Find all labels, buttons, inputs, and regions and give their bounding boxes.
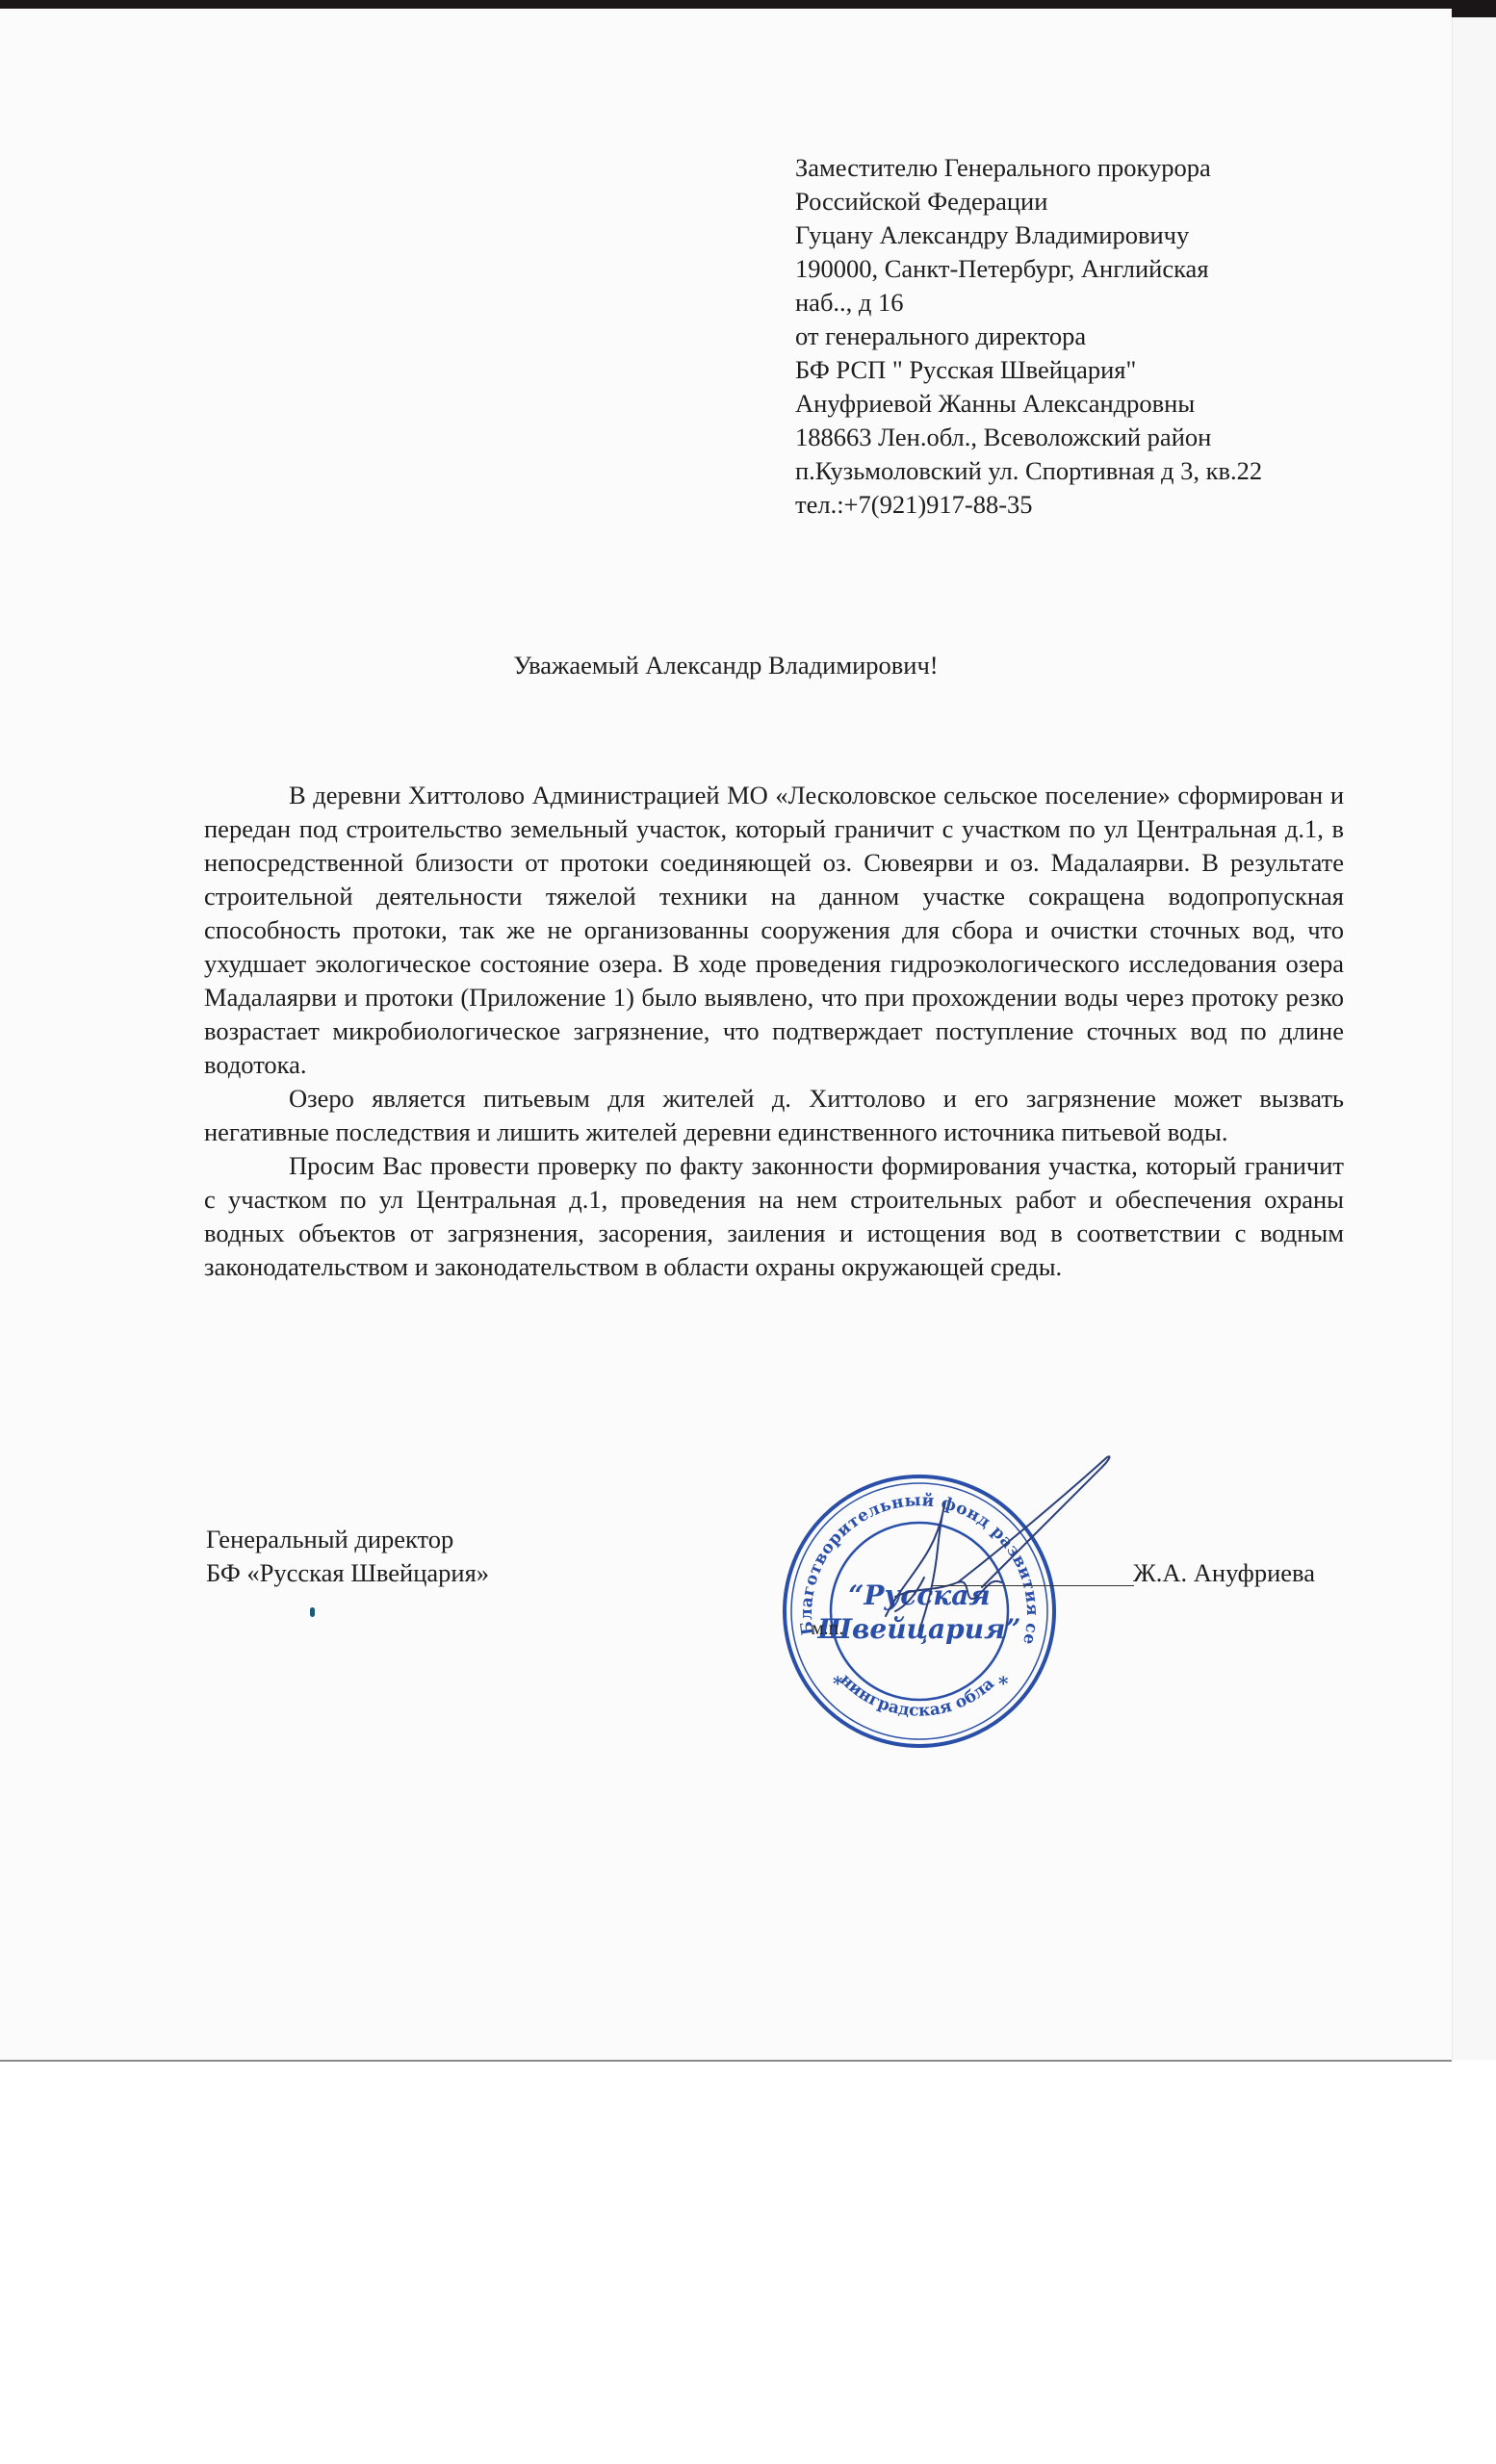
addressee-line: Российской Федерации xyxy=(795,185,1262,218)
sender-line: п.Кузьмоловский ул. Спортивная д 3, кв.2… xyxy=(795,454,1262,488)
addressee-line: Гуцану Александру Владимировичу xyxy=(795,218,1262,252)
sender-line: от генерального директора xyxy=(795,320,1262,353)
scan-border-corner xyxy=(1444,0,1496,17)
signer-position: Генеральный директор БФ «Русская Швейцар… xyxy=(206,1523,489,1590)
addressee-block: Заместителю Генерального прокурора Росси… xyxy=(795,151,1262,522)
svg-text:*: * xyxy=(998,1672,1009,1695)
body-paragraph: Просим Вас провести проверку по факту за… xyxy=(204,1149,1344,1284)
signer-name: Ж.А. Ануфриева xyxy=(1133,1558,1315,1588)
body-paragraph: В деревни Хиттолово Администрацией МО «Л… xyxy=(204,779,1344,1082)
addressee-line: 190000, Санкт-Петербург, Английская xyxy=(795,252,1262,286)
svg-text:*: * xyxy=(833,1672,843,1695)
signer-position-line: Генеральный директор xyxy=(206,1523,489,1556)
sender-line: БФ РСП " Русская Швейцария" xyxy=(795,353,1262,387)
salutation: Уважаемый Александр Владимирович! xyxy=(0,651,1452,680)
body-paragraph: Озеро является питьевым для жителей д. Х… xyxy=(204,1082,1344,1149)
page-shadow xyxy=(1452,17,1496,2060)
sender-line: 188663 Лен.обл., Всеволожский район xyxy=(795,421,1262,454)
addressee-line: наб.., д 16 xyxy=(795,286,1262,320)
signature-line xyxy=(932,1585,1134,1586)
letter-page: Заместителю Генерального прокурора Росси… xyxy=(0,9,1452,2062)
signer-organization: БФ «Русская Швейцария» xyxy=(206,1556,489,1590)
letter-body: В деревни Хиттолово Администрацией МО «Л… xyxy=(204,779,1344,1284)
ink-spot xyxy=(310,1607,315,1617)
handwritten-signature-icon xyxy=(866,1452,1117,1674)
sender-phone: тел.:+7(921)917-88-35 xyxy=(795,488,1262,522)
seal-place-mark: м.п. xyxy=(812,1618,843,1640)
sender-line: Ануфриевой Жанны Александровны xyxy=(795,387,1262,421)
addressee-line: Заместителю Генерального прокурора xyxy=(795,151,1262,185)
